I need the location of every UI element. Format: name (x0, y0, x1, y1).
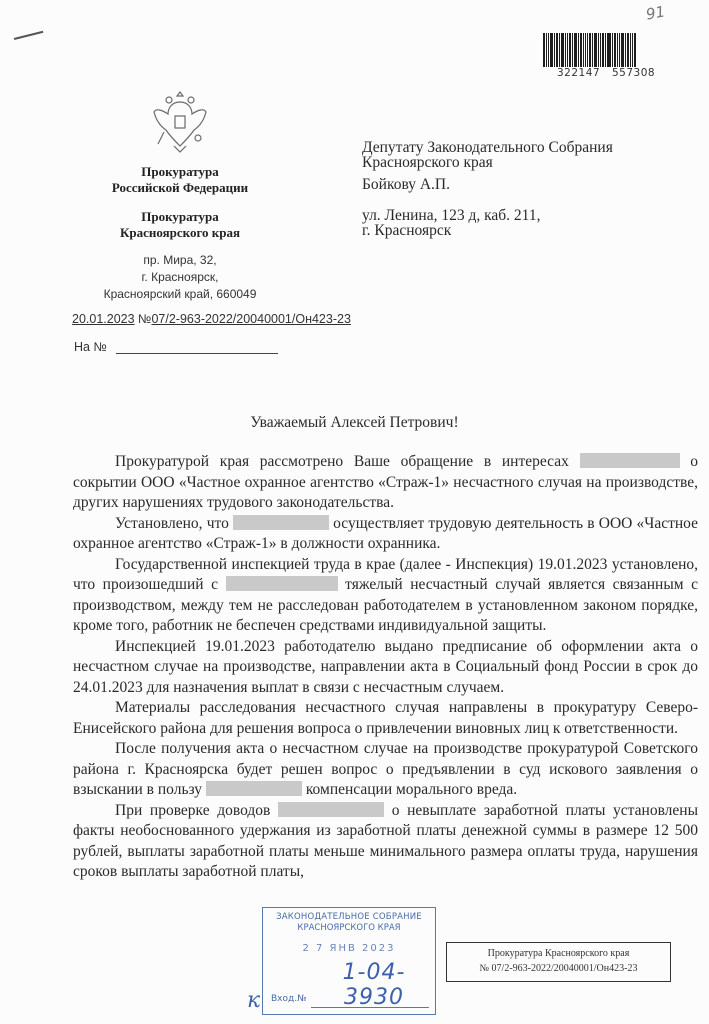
redacted-name (580, 453, 680, 468)
recipient-address: ул. Ленина, 123 д, каб. 211, г. Краснояр… (362, 208, 540, 238)
incoming-stamp: ЗАКОНОДАТЕЛЬНОЕ СОБРАНИЕ КРАСНОЯРСКОГО К… (262, 907, 436, 1015)
paragraph-2: Установлено, что осуществляет трудовую д… (73, 514, 698, 555)
sender-org: Прокуратура Российской Федерации (80, 164, 280, 196)
handwritten-page-number: 91 (645, 2, 667, 23)
coat-of-arms-icon (150, 88, 210, 154)
redacted-name (206, 781, 302, 796)
registration-box: Прокуратура Красноярского края № 07/2-96… (446, 942, 671, 982)
recipient-title: Депутату Законодательного Собрания Красн… (362, 140, 613, 170)
pen-mark (14, 31, 44, 40)
stamp-vhod-label: Вход.№ (271, 994, 306, 1004)
reply-to-label: На № (74, 340, 107, 354)
sender-sub-org: Прокуратура Красноярского края (80, 209, 280, 241)
barcode (543, 33, 665, 67)
paragraph-1: Прокуратурой края рассмотрено Ваше обращ… (73, 452, 698, 514)
reply-to-blank (116, 353, 278, 354)
stamp-date: 2 7 ЯНВ 2023 (263, 943, 435, 954)
redacted-name (233, 515, 329, 530)
redacted-name (278, 802, 384, 817)
handwritten-initial: к (247, 988, 260, 1013)
barcode-number-left: 322147 (557, 67, 600, 79)
stamp-vhod-number: 1-04-3930 (313, 960, 435, 1010)
salutation: Уважаемый Алексей Петрович! (0, 414, 709, 432)
paragraph-6: После получения акта о несчастном случае… (73, 739, 698, 801)
outgoing-registration: 20.01.2023 №07/2-963-2022/20040001/Он423… (72, 312, 351, 326)
paragraph-3: Государственной инспекцией труда в крае … (73, 555, 698, 637)
recipient-name: Бойкову А.П. (362, 177, 450, 192)
number-sign: № (138, 312, 151, 326)
barcode-number-right: 557308 (612, 67, 655, 79)
letter-date: 20.01.2023 (72, 312, 135, 326)
sender-address: пр. Мира, 32, г. Красноярск, Красноярски… (80, 252, 280, 303)
paragraph-4: Инспекцией 19.01.2023 работодателю выдан… (73, 637, 698, 699)
paragraph-5: Материалы расследования несчастного случ… (73, 698, 698, 739)
redacted-name (226, 576, 338, 591)
letter-body: Прокуратурой края рассмотрено Ваше обращ… (73, 452, 698, 883)
paragraph-7: При проверке доводов о невыплате заработ… (73, 801, 698, 883)
letter-number: 07/2-963-2022/20040001/Он423-23 (151, 312, 350, 326)
